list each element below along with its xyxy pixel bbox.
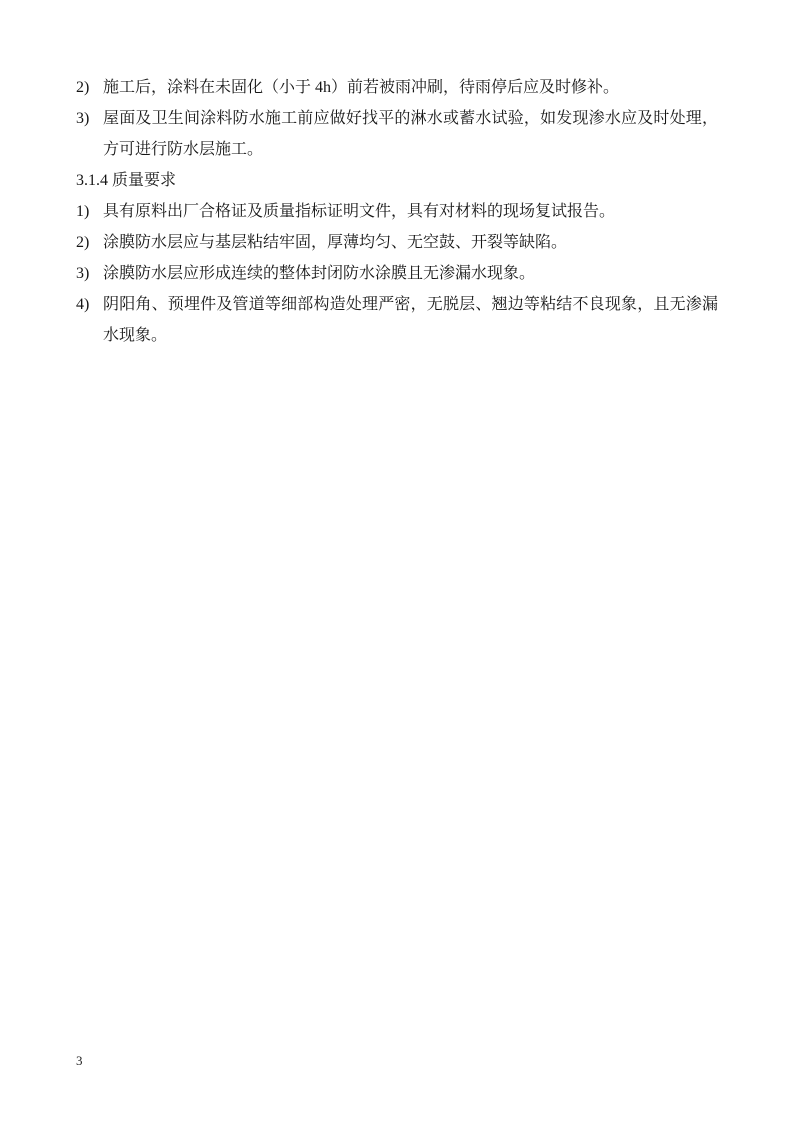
list-item-number: 1) [76,196,103,227]
list-item: 2)施工后，涂料在未固化（小于 4h）前若被雨冲刷，待雨停后应及时修补。 [76,72,718,103]
list-item-number: 2) [76,72,103,103]
list-item-text: 施工后，涂料在未固化（小于 4h）前若被雨冲刷，待雨停后应及时修补。 [103,72,718,103]
list-item-text: 涂膜防水层应与基层粘结牢固，厚薄均匀、无空鼓、开裂等缺陷。 [103,227,718,258]
list-item-number: 3) [76,258,103,289]
list-item: 4)阴阳角、预埋件及管道等细部构造处理严密，无脱层、翘边等粘结不良现象，且无渗漏… [76,289,718,351]
page-number: 3 [76,1053,83,1069]
list-item: 1)具有原料出厂合格证及质量指标证明文件，具有对材料的现场复试报告。 [76,196,718,227]
document-body: 2)施工后，涂料在未固化（小于 4h）前若被雨冲刷，待雨停后应及时修补。3)屋面… [76,72,718,351]
list-item-text: 具有原料出厂合格证及质量指标证明文件，具有对材料的现场复试报告。 [103,196,718,227]
list-item: 3)屋面及卫生间涂料防水施工前应做好找平的淋水或蓄水试验，如发现渗水应及时处理，… [76,103,718,165]
list-item: 3)涂膜防水层应形成连续的整体封闭防水涂膜且无渗漏水现象。 [76,258,718,289]
list-item-text: 涂膜防水层应形成连续的整体封闭防水涂膜且无渗漏水现象。 [103,258,718,289]
document-page: 2)施工后，涂料在未固化（小于 4h）前若被雨冲刷，待雨停后应及时修补。3)屋面… [0,0,793,1122]
list-item: 2)涂膜防水层应与基层粘结牢固，厚薄均匀、无空鼓、开裂等缺陷。 [76,227,718,258]
list-item-number: 3) [76,103,103,134]
section-heading: 3.1.4 质量要求 [76,165,718,196]
list-item-text: 阴阳角、预埋件及管道等细部构造处理严密，无脱层、翘边等粘结不良现象，且无渗漏水现… [103,289,718,351]
list-item-number: 2) [76,227,103,258]
list-item-number: 4) [76,289,103,320]
list-item-text: 屋面及卫生间涂料防水施工前应做好找平的淋水或蓄水试验，如发现渗水应及时处理，方可… [103,103,718,165]
